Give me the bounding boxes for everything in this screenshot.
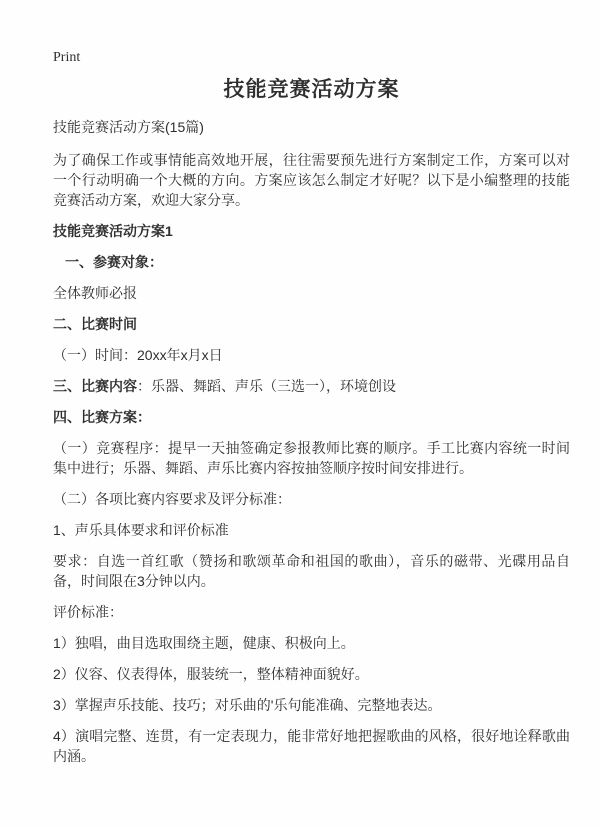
criteria-item: 1）独唱，曲目选取围绕主题，健康、积极向上。 bbox=[53, 633, 570, 653]
section4-item2: （二）各项比赛内容要求及评分标准： bbox=[53, 489, 570, 509]
vocal-requirement: 要求：自选一首红歌（赞扬和歌颂革命和祖国的歌曲），音乐的磁带、光碟用品自备，时间… bbox=[53, 551, 570, 591]
document-title: 技能竞赛活动方案 bbox=[53, 78, 570, 102]
section3-content: ：乐器、舞蹈、声乐（三选一），环境创设 bbox=[137, 378, 396, 394]
section3-line: 三、比赛内容：乐器、舞蹈、声乐（三选一），环境创设 bbox=[53, 376, 570, 396]
criteria-item: 4）演唱完整、连贯，有一定表现力，能非常好地把握歌曲的风格，很好地诠释歌曲内涵。 bbox=[53, 726, 570, 766]
section3-heading: 三、比赛内容 bbox=[53, 378, 137, 394]
document-page: Print 技能竞赛活动方案 技能竞赛活动方案(15篇) 为了确保工作或事情能高… bbox=[0, 0, 600, 828]
section4-item1: （一）竞赛程序：提早一天抽签确定参报教师比赛的顺序。手工比赛内容统一时间集中进行… bbox=[53, 438, 570, 478]
section4-heading: 四、比赛方案： bbox=[53, 407, 570, 427]
criteria-item: 2）仪容、仪表得体，服装统一，整体精神面貌好。 bbox=[53, 664, 570, 684]
vocal-heading: 1、声乐具体要求和评价标准 bbox=[53, 520, 570, 540]
section1-heading: 一、参赛对象： bbox=[53, 252, 570, 272]
criteria-item: 3）掌握声乐技能、技巧；对乐曲的'乐句能准确、完整地表达。 bbox=[53, 695, 570, 715]
print-button[interactable]: Print bbox=[53, 48, 80, 68]
section2-time: （一）时间：20xx年x月x日 bbox=[53, 345, 570, 365]
criteria-heading: 评价标准： bbox=[53, 602, 570, 622]
intro-paragraph: 为了确保工作或事情能高效地开展，往往需要预先进行方案制定工作，方案可以对一个行动… bbox=[53, 150, 570, 210]
plan1-heading: 技能竞赛活动方案1 bbox=[53, 221, 570, 241]
section1-body: 全体教师必报 bbox=[53, 283, 570, 303]
document-subtitle: 技能竞赛活动方案(15篇) bbox=[53, 117, 570, 137]
document-body: 为了确保工作或事情能高效地开展，往往需要预先进行方案制定工作，方案可以对一个行动… bbox=[53, 150, 570, 766]
section2-heading: 二、比赛时间 bbox=[53, 314, 570, 334]
